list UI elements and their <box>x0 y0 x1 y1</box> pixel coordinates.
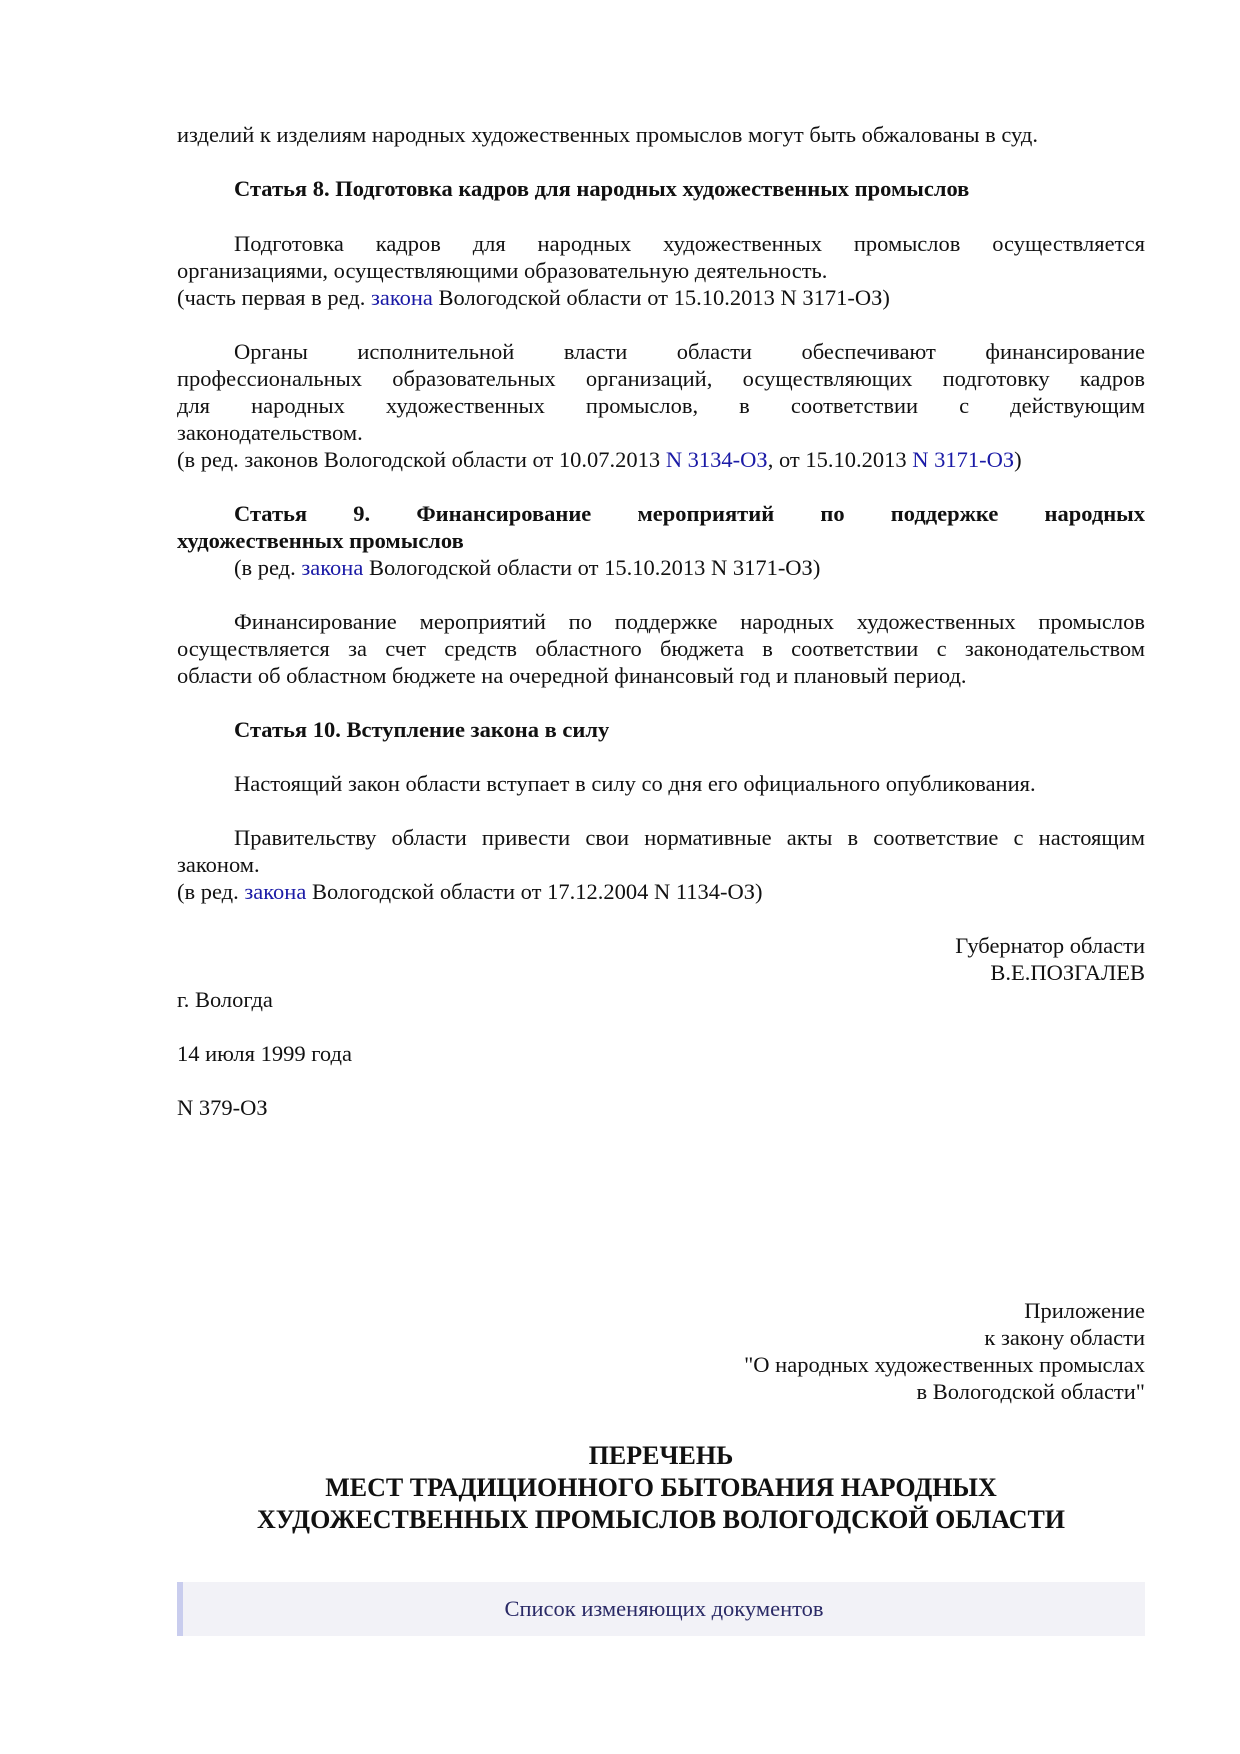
article-10-heading: Статья 10. Вступление закона в силу <box>177 716 1145 744</box>
article-8-p2-line4: законодательством. <box>177 419 1145 447</box>
article-9-heading-line1: Статья 9. Финансирование мероприятий по … <box>177 500 1145 528</box>
note-text: ) <box>1014 447 1022 472</box>
note-text: Вологодской области от 17.12.2004 N 1134… <box>306 879 762 904</box>
note-text: (часть первая в ред. <box>177 285 371 310</box>
article-10-note: (в ред. закона Вологодской области от 17… <box>177 878 1145 906</box>
article-10-p2-line1: Правительству области привести свои норм… <box>177 824 1145 852</box>
article-9-note: (в ред. закона Вологодской области от 15… <box>177 554 1145 582</box>
list-title-line3: ХУДОЖЕСТВЕННЫХ ПРОМЫСЛОВ ВОЛОГОДСКОЙ ОБЛ… <box>177 1504 1145 1535</box>
appendix-line3: "О народных художественных промыслах <box>177 1351 1145 1379</box>
law-link[interactable]: закона <box>301 555 363 580</box>
note-text: (в ред. <box>177 879 244 904</box>
article-9-p-line1: Финансирование мероприятий по поддержке … <box>177 608 1145 636</box>
note-text: (в ред. <box>234 555 301 580</box>
note-text: , от 15.10.2013 <box>768 447 913 472</box>
law-link[interactable]: закона <box>244 879 306 904</box>
law-link[interactable]: закона <box>371 285 433 310</box>
article-8-p2-line2: профессиональных образовательных организ… <box>177 365 1145 393</box>
article-8-p1-line1: Подготовка кадров для народных художеств… <box>177 230 1145 258</box>
changing-documents-label: Список изменяющих документов <box>504 1596 823 1621</box>
date: 14 июля 1999 года <box>177 1040 1145 1068</box>
article-9-p-line2: осуществляется за счет средств областног… <box>177 635 1145 663</box>
law-number: N 379-ОЗ <box>177 1094 1145 1122</box>
article-8-p2-note: (в ред. законов Вологодской области от 1… <box>177 446 1145 474</box>
article-10-p2-line2: законом. <box>177 851 1145 879</box>
article-8-p1-line2: организациями, осуществляющими образоват… <box>177 257 1145 285</box>
appendix-line4: в Вологодской области" <box>177 1378 1145 1406</box>
article-9-p-line3: области об областном бюджете на очередно… <box>177 662 1145 690</box>
list-title-line1: ПЕРЕЧЕНЬ <box>177 1440 1145 1471</box>
intro-line: изделий к изделиям народных художественн… <box>177 121 1145 149</box>
place: г. Вологда <box>177 986 1145 1014</box>
law-link-3134[interactable]: N 3134-ОЗ <box>666 447 768 472</box>
article-10-p1: Настоящий закон области вступает в силу … <box>177 770 1145 798</box>
note-text: (в ред. законов Вологодской области от 1… <box>177 447 666 472</box>
law-link-3171[interactable]: N 3171-ОЗ <box>912 447 1014 472</box>
article-8-p2-line1: Органы исполнительной власти области обе… <box>177 338 1145 366</box>
signature-title: Губернатор области <box>177 932 1145 960</box>
changing-documents-box: Список изменяющих документов <box>177 1582 1145 1636</box>
appendix-line1: Приложение <box>177 1297 1145 1325</box>
note-text: Вологодской области от 15.10.2013 N 3171… <box>433 285 890 310</box>
article-8-heading: Статья 8. Подготовка кадров для народных… <box>177 175 1145 203</box>
appendix-line2: к закону области <box>177 1324 1145 1352</box>
article-9-heading-line2: художественных промыслов <box>177 527 1145 555</box>
signature-name: В.Е.ПОЗГАЛЕВ <box>177 959 1145 987</box>
list-title-line2: МЕСТ ТРАДИЦИОННОГО БЫТОВАНИЯ НАРОДНЫХ <box>177 1472 1145 1503</box>
article-8-p1-note: (часть первая в ред. закона Вологодской … <box>177 284 1145 312</box>
article-8-p2-line3: для народных художественных промыслов, в… <box>177 392 1145 420</box>
note-text: Вологодской области от 15.10.2013 N 3171… <box>363 555 820 580</box>
